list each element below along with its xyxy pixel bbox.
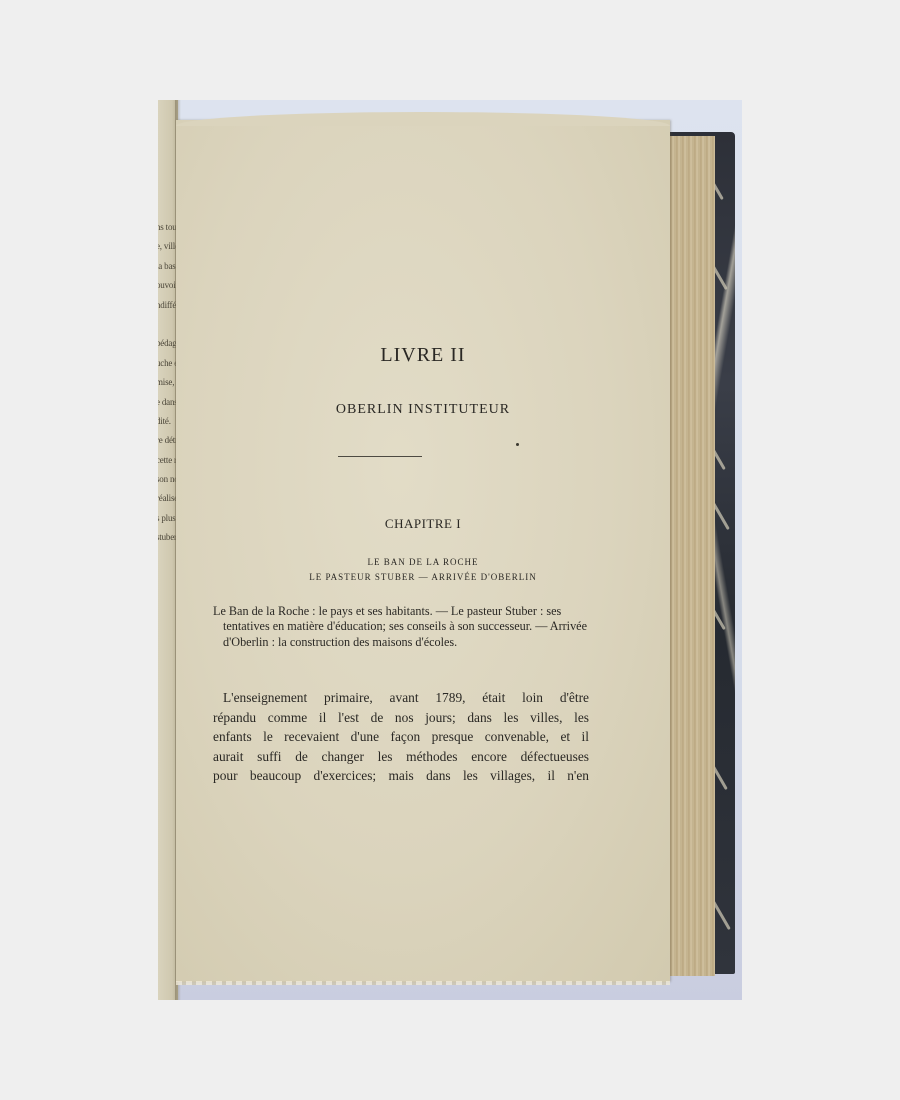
livre-title: OBERLIN INSTITUTEUR <box>176 402 670 418</box>
deckle-edge <box>176 981 670 985</box>
body-line: pour beaucoup d'exercices; mais dans les… <box>213 766 589 786</box>
body-line: L'enseignement primaire, avant 1789, éta… <box>213 688 589 708</box>
chapter-subtitle: LE BAN DE LA ROCHE <box>176 557 670 567</box>
paper-speck <box>516 443 519 446</box>
body-line: répandu comme il l'est de nos jours; dan… <box>213 708 589 728</box>
body-line: enfants le recevaient d'une façon presqu… <box>213 727 589 747</box>
right-page: LIVRE II OBERLIN INSTITUTEUR CHAPITRE I … <box>176 120 670 982</box>
page-content: LIVRE II OBERLIN INSTITUTEUR CHAPITRE I … <box>176 120 670 982</box>
livre-heading: LIVRE II <box>176 344 670 367</box>
page-edges <box>663 136 715 976</box>
chapter-heading: CHAPITRE I <box>176 516 670 532</box>
body-line: aurait suffi de changer les méthodes enc… <box>213 747 589 767</box>
chapter-subtitle: LE PASTEUR STUBER — ARRIVÉE D'OBERLIN <box>176 572 670 582</box>
book-photograph: ns tout, e, ville la base ouvoir se ndif… <box>158 100 742 1000</box>
body-text: L'enseignement primaire, avant 1789, éta… <box>213 688 589 786</box>
section-rule <box>338 456 422 457</box>
chapter-summary: Le Ban de la Roche : le pays et ses habi… <box>213 604 601 650</box>
